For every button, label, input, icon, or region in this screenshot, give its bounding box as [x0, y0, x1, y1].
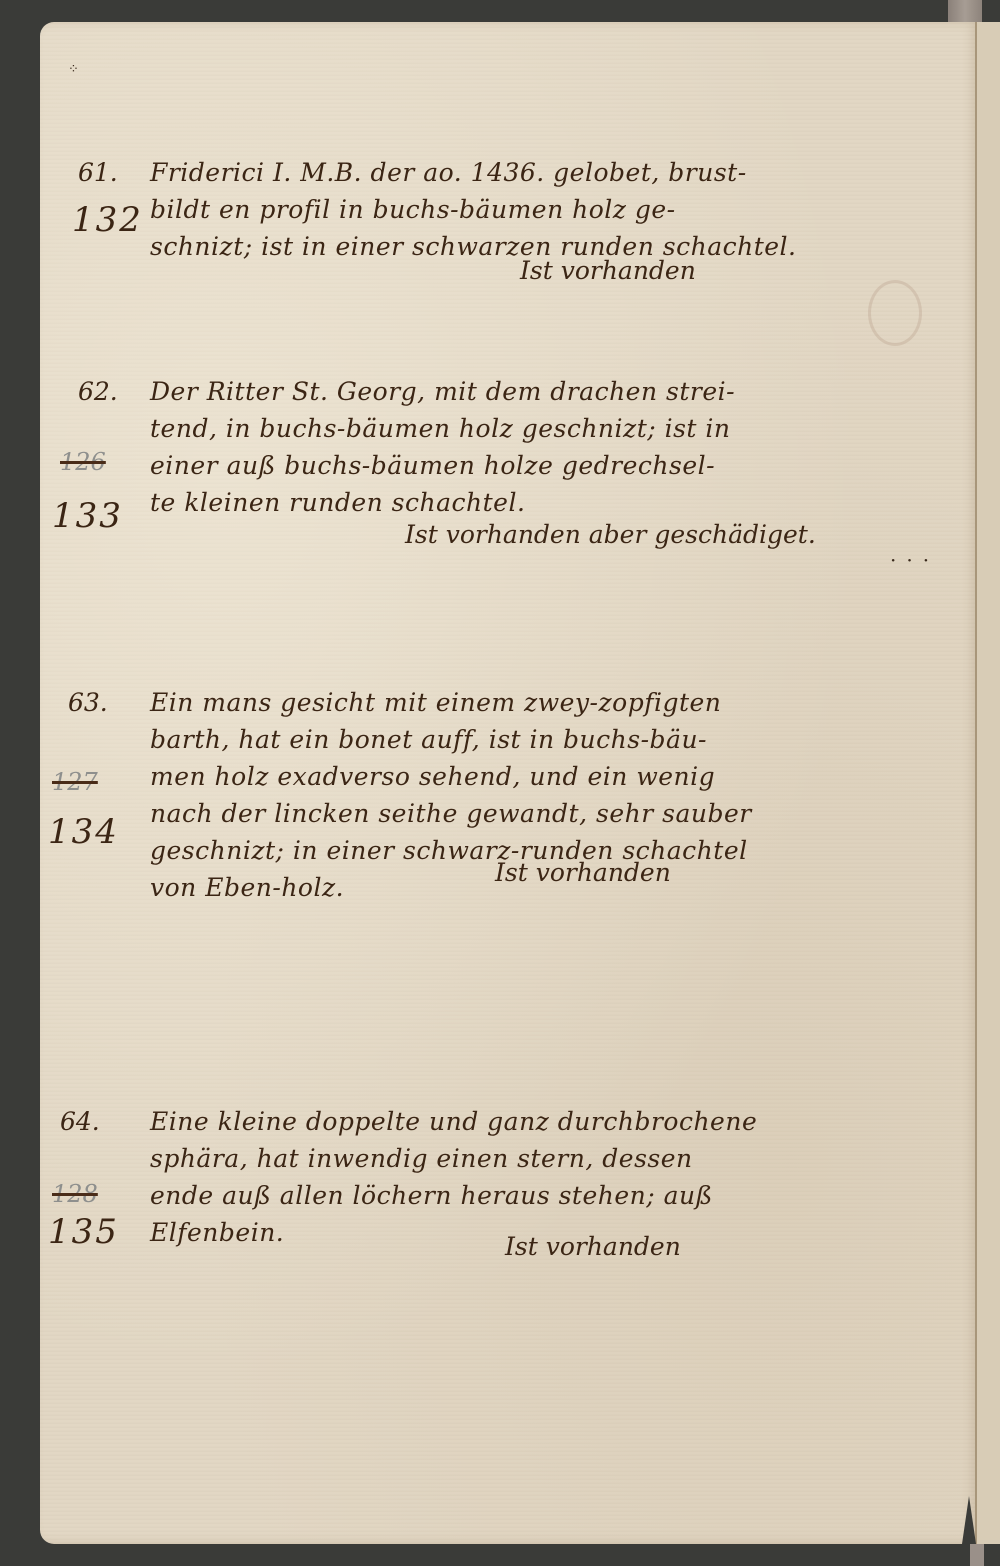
struck-old-number: 126 [60, 448, 106, 476]
margin-number: 134 [48, 812, 119, 852]
status-note: Ist vorhanden [505, 1232, 681, 1261]
entry-number: 64. [60, 1107, 100, 1136]
entry-text: Friderici I. M.B. der ao. 1436. gelobet,… [150, 154, 970, 265]
binding-tab-bottom [970, 1544, 984, 1566]
entry-text: Der Ritter St. Georg, mit dem drachen st… [150, 373, 970, 521]
margin-number: 133 [52, 496, 123, 536]
paper-stain [868, 280, 922, 346]
entry-number: 63. [68, 688, 108, 717]
entry-number: 61. [78, 158, 118, 187]
entry-text: Eine kleine doppelte und ganz durchbroch… [150, 1103, 970, 1251]
status-note: Ist vorhanden [520, 256, 696, 285]
struck-old-number: 128 [52, 1180, 98, 1208]
margin-number: 132 [72, 200, 143, 240]
struck-old-number: 127 [52, 768, 98, 796]
adjacent-page-edge [975, 22, 1000, 1544]
status-note: Ist vorhanden aber geschädiget. [405, 520, 816, 549]
margin-number: 135 [48, 1212, 119, 1252]
entry-number: 62. [78, 377, 118, 406]
status-note: Ist vorhanden [495, 858, 671, 887]
corner-mark: ⁘ [68, 62, 78, 77]
ink-dots: ··· [890, 548, 939, 572]
page-tear [962, 1496, 976, 1544]
